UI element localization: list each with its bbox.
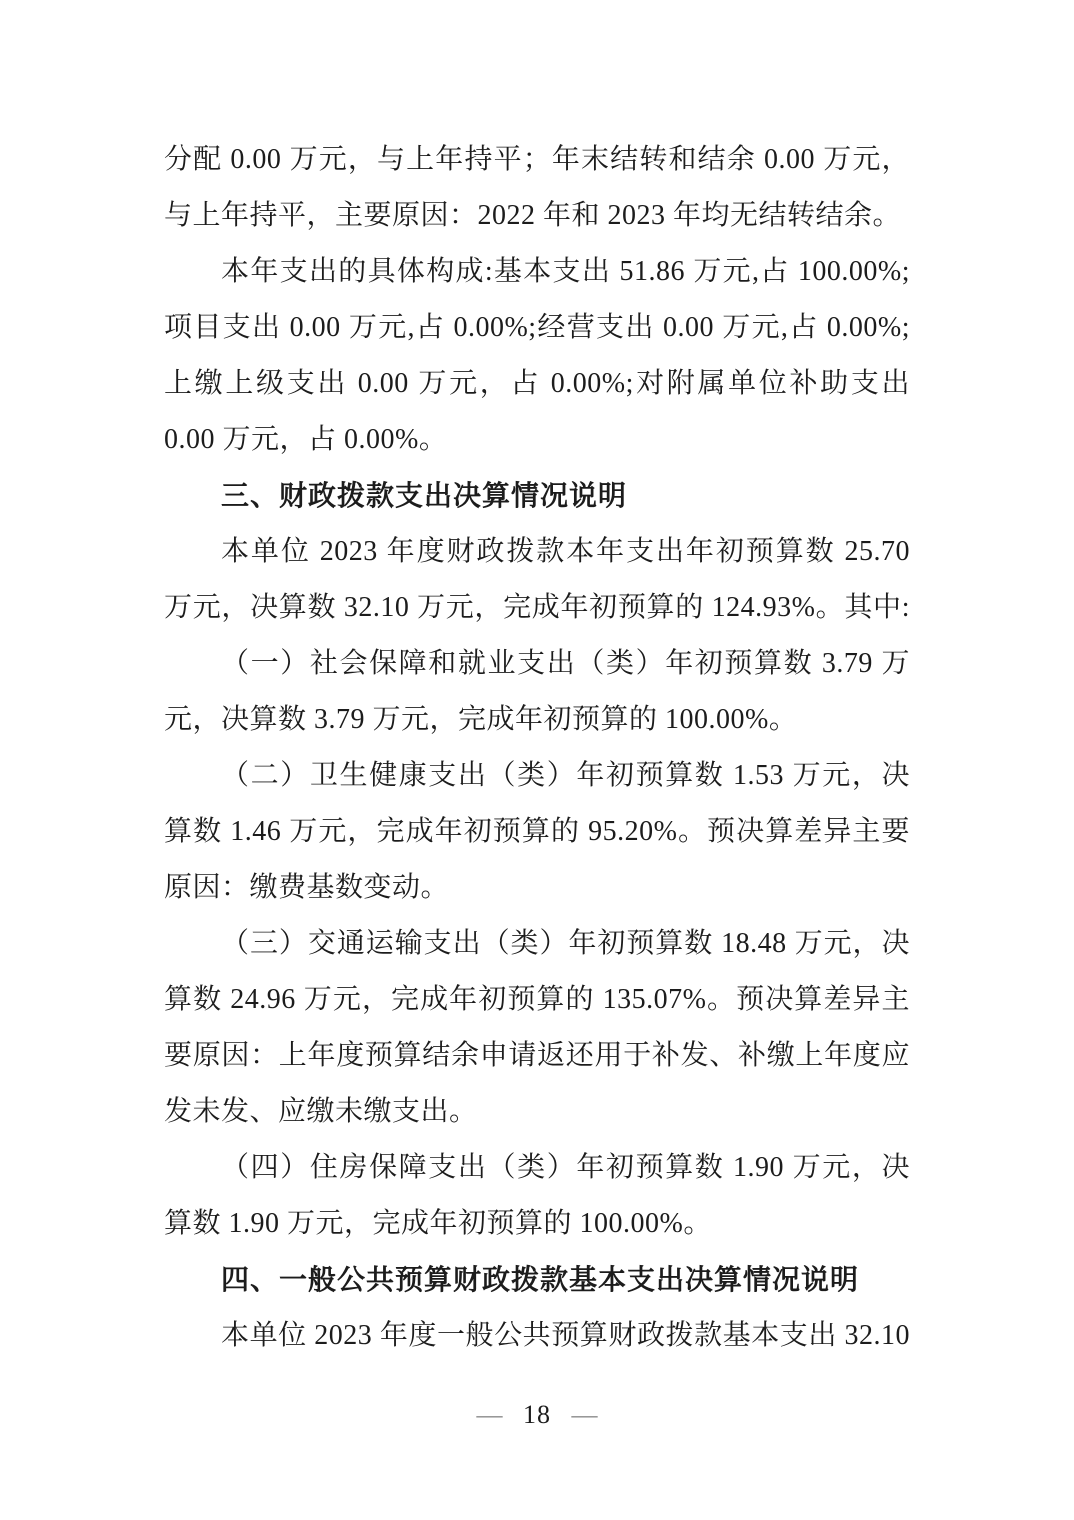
text-line: 本年支出的具体构成:基本支出 51.86 万元,占 100.00%; [164, 244, 910, 300]
paragraph: 本单位 2023 年度财政拨款本年支出年初预算数 25.70万元，决算数 32.… [164, 524, 910, 636]
text-line: 上缴上级支出 0.00 万元，占 0.00%;对附属单位补助支出 [164, 356, 910, 412]
text-line: 四、一般公共预算财政拨款基本支出决算情况说明 [164, 1252, 910, 1308]
section-heading: 三、财政拨款支出决算情况说明 [164, 468, 910, 524]
text-line: 原因：缴费基数变动。 [164, 860, 910, 916]
text-line: 三、财政拨款支出决算情况说明 [164, 468, 910, 524]
text-line: 本单位 2023 年度一般公共预算财政拨款基本支出 32.10 [164, 1308, 910, 1364]
text-line: 万元，决算数 32.10 万元，完成年初预算的 124.93%。其中: [164, 580, 910, 636]
paragraph: （一）社会保障和就业支出（类）年初预算数 3.79 万元，决算数 3.79 万元… [164, 636, 910, 748]
page-footer: — 18 — [0, 1400, 1074, 1430]
text-line: 要原因：上年度预算结余申请返还用于补发、补缴上年度应 [164, 1028, 910, 1084]
text-line: （三）交通运输支出（类）年初预算数 18.48 万元，决 [164, 916, 910, 972]
footer-dash-right: — [572, 1400, 598, 1429]
text-line: （一）社会保障和就业支出（类）年初预算数 3.79 万 [164, 636, 910, 692]
page-number: 18 [523, 1400, 551, 1429]
document-page: 分配 0.00 万元，与上年持平；年末结转和结余 0.00 万元，与上年持平，主… [0, 0, 1074, 1520]
paragraph: （三）交通运输支出（类）年初预算数 18.48 万元，决算数 24.96 万元，… [164, 916, 910, 1140]
paragraph: 本单位 2023 年度一般公共预算财政拨款基本支出 32.10 [164, 1308, 910, 1364]
document-body: 分配 0.00 万元，与上年持平；年末结转和结余 0.00 万元，与上年持平，主… [164, 132, 910, 1364]
section-heading: 四、一般公共预算财政拨款基本支出决算情况说明 [164, 1252, 910, 1308]
text-line: 元，决算数 3.79 万元，完成年初预算的 100.00%。 [164, 692, 910, 748]
text-line: 算数 1.90 万元，完成年初预算的 100.00%。 [164, 1196, 910, 1252]
text-line: 与上年持平，主要原因：2022 年和 2023 年均无结转结余。 [164, 188, 910, 244]
paragraph: 分配 0.00 万元，与上年持平；年末结转和结余 0.00 万元，与上年持平，主… [164, 132, 910, 244]
text-line: （四）住房保障支出（类）年初预算数 1.90 万元，决 [164, 1140, 910, 1196]
text-line: 0.00 万元，占 0.00%。 [164, 412, 910, 468]
text-line: 算数 24.96 万元，完成年初预算的 135.07%。预决算差异主 [164, 972, 910, 1028]
text-line: 算数 1.46 万元，完成年初预算的 95.20%。预决算差异主要 [164, 804, 910, 860]
paragraph: （四）住房保障支出（类）年初预算数 1.90 万元，决算数 1.90 万元，完成… [164, 1140, 910, 1252]
paragraph: （二）卫生健康支出（类）年初预算数 1.53 万元，决算数 1.46 万元，完成… [164, 748, 910, 916]
text-line: 分配 0.00 万元，与上年持平；年末结转和结余 0.00 万元， [164, 132, 910, 188]
footer-dash-left: — [477, 1400, 503, 1429]
text-line: 本单位 2023 年度财政拨款本年支出年初预算数 25.70 [164, 524, 910, 580]
paragraph: 本年支出的具体构成:基本支出 51.86 万元,占 100.00%;项目支出 0… [164, 244, 910, 468]
text-line: 项目支出 0.00 万元,占 0.00%;经营支出 0.00 万元,占 0.00… [164, 300, 910, 356]
text-line: （二）卫生健康支出（类）年初预算数 1.53 万元，决 [164, 748, 910, 804]
text-line: 发未发、应缴未缴支出。 [164, 1084, 910, 1140]
